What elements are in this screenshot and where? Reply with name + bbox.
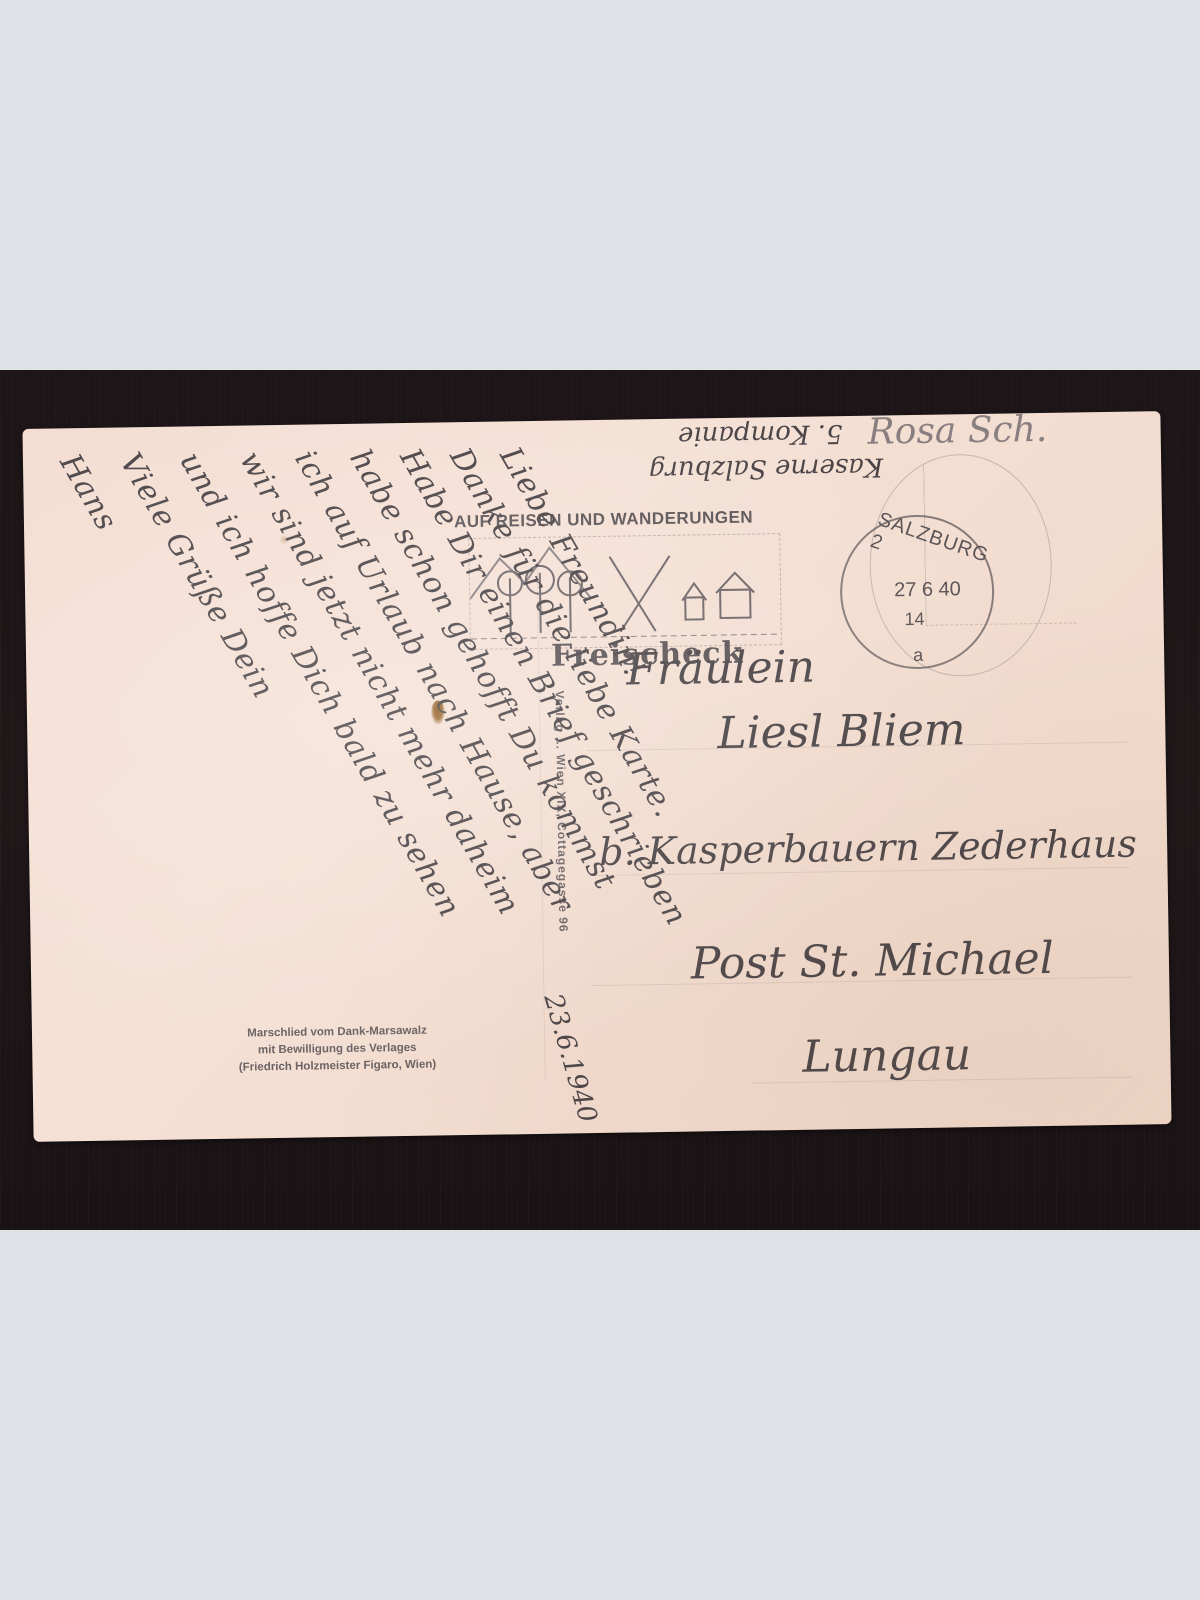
- address-name: Liesl Bliem: [717, 704, 966, 759]
- printed-caption: Marschlied vom Dank-Marsawalz mit Bewill…: [172, 1022, 503, 1078]
- postcard-photo: Rosa Sch. Kaserne Salzburg 5. Kompanie A…: [0, 370, 1200, 1230]
- address-post-office: Post St. Michael: [691, 933, 1055, 990]
- address-salutation: Fräulein: [626, 642, 815, 696]
- written-date: 23.6.1940: [538, 991, 603, 1126]
- postcard-back: Rosa Sch. Kaserne Salzburg 5. Kompanie A…: [22, 411, 1171, 1142]
- postmark-letter: a: [913, 645, 923, 666]
- message-signature: Hans: [52, 448, 124, 537]
- postmark-date: 27 6 40: [894, 578, 961, 602]
- address-region: Lungau: [802, 1029, 971, 1083]
- postmark-time: 14: [904, 609, 924, 630]
- pencil-note: Rosa Sch.: [867, 411, 1047, 453]
- address-farm: b. Kasperbauern Zederhaus: [599, 822, 1137, 874]
